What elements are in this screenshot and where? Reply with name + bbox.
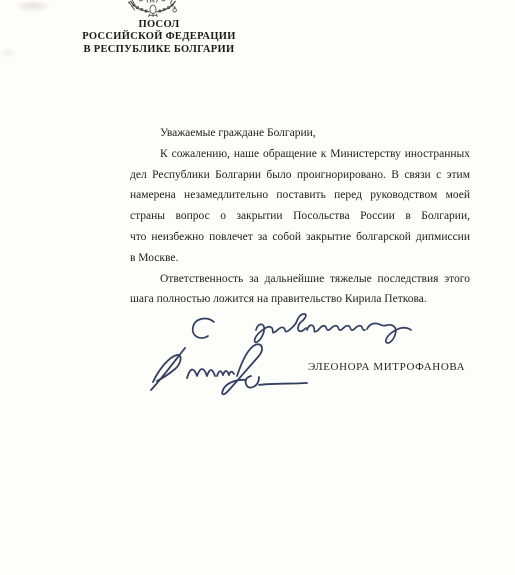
letter-page: ПОСОЛ РОССИЙСКОЙ ФЕДЕРАЦИИ В РЕСПУБЛИКЕ … — [0, 0, 515, 575]
body-line-salutation: Уважаемые граждане Болгарии, — [130, 123, 470, 144]
body-line: что неизбежно повлечет за собой закрытие… — [130, 227, 470, 248]
body-line: намерена незамедлительно поставить перед… — [130, 185, 470, 206]
signature-autograph — [149, 342, 309, 398]
body-line: дел Республики Болгарии было проигнориро… — [130, 165, 470, 186]
body-line: Ответственность за дальнейшие тяжелые по… — [130, 269, 470, 290]
letterhead-line-2: РОССИЙСКОЙ ФЕДЕРАЦИИ — [82, 31, 235, 43]
paper-smudge — [0, 48, 16, 58]
body-line: в Москве. — [130, 248, 470, 269]
body-line: К сожалению, наше обращение к Министерст… — [130, 144, 470, 165]
letterhead-line-1: ПОСОЛ — [82, 19, 235, 31]
letter-body: Уважаемые граждане Болгарии, К сожалению… — [130, 123, 470, 310]
letterhead-line-3: В РЕСПУБЛИКЕ БОЛГАРИИ — [82, 44, 235, 56]
body-line: шага полностью ложится на правительство … — [130, 289, 470, 310]
signatory-name: ЭЛЕОНОРА МИТРОФАНОВА — [308, 361, 468, 373]
russian-coat-of-arms-icon — [127, 0, 179, 17]
paper-smudge — [14, 0, 52, 12]
letterhead-title: ПОСОЛ РОССИЙСКОЙ ФЕДЕРАЦИИ В РЕСПУБЛИКЕ … — [82, 19, 235, 56]
body-line: страны вопрос о закрытии Посольства Росс… — [130, 206, 470, 227]
